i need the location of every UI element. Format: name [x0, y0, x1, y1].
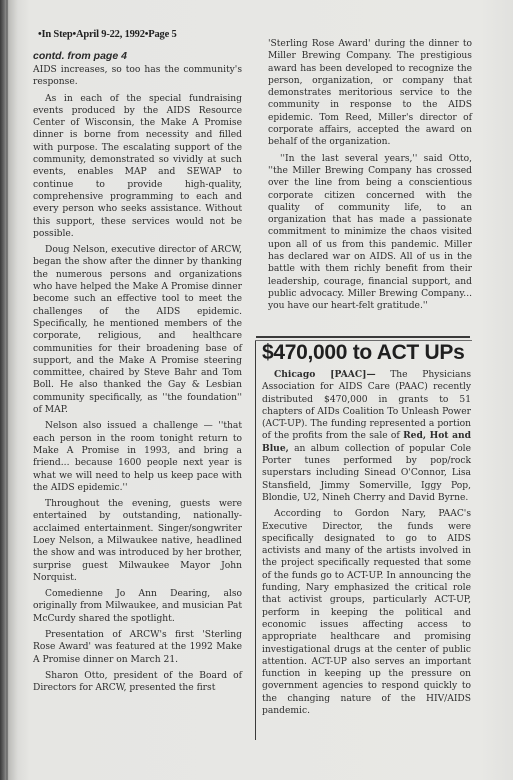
paragraph: Nelson also issued a challenge — ''that …: [33, 420, 242, 494]
paragraph: Comedienne Jo Ann Dearing, also original…: [33, 588, 242, 625]
paragraph: Throughout the evening, guests were ente…: [33, 498, 242, 584]
left-column: AIDS increases, so too has the community…: [33, 64, 242, 699]
section-divider-rule: [256, 336, 470, 338]
paragraph: AIDS increases, so too has the community…: [33, 64, 242, 89]
binding-gutter: [6, 0, 8, 780]
paragraph: According to Gordon Nary, PAAC's Executi…: [262, 508, 471, 717]
paragraph: Sharon Otto, president of the Board of D…: [33, 670, 242, 695]
paragraph: 'Sterling Rose Award' during the dinner …: [268, 38, 472, 149]
page-folio: •In Step•April 9-22, 1992•Page 5: [38, 29, 177, 40]
sidebar-article-body: Chicago [PAAC]— The Physicians Associati…: [262, 369, 471, 721]
paragraph: As in each of the special fundraising ev…: [33, 93, 242, 241]
paragraph: Chicago [PAAC]— The Physicians Associati…: [262, 369, 471, 504]
paragraph: Doug Nelson, executive director of ARCW,…: [33, 244, 242, 416]
paragraph: ''In the last several years,'' said Otto…: [268, 153, 472, 313]
paragraph: Presentation of ARCW's first 'Sterling R…: [33, 629, 242, 666]
newspaper-page: •In Step•April 9-22, 1992•Page 5 contd. …: [0, 0, 513, 780]
dateline: Chicago [PAAC]—: [274, 369, 376, 380]
right-column: 'Sterling Rose Award' during the dinner …: [268, 38, 472, 317]
sidebar-headline: $470,000 to ACT UPs: [262, 341, 464, 365]
continued-label: contd. from page 4: [33, 50, 127, 62]
text-run: an album collection of popular Cole Port…: [262, 444, 471, 503]
